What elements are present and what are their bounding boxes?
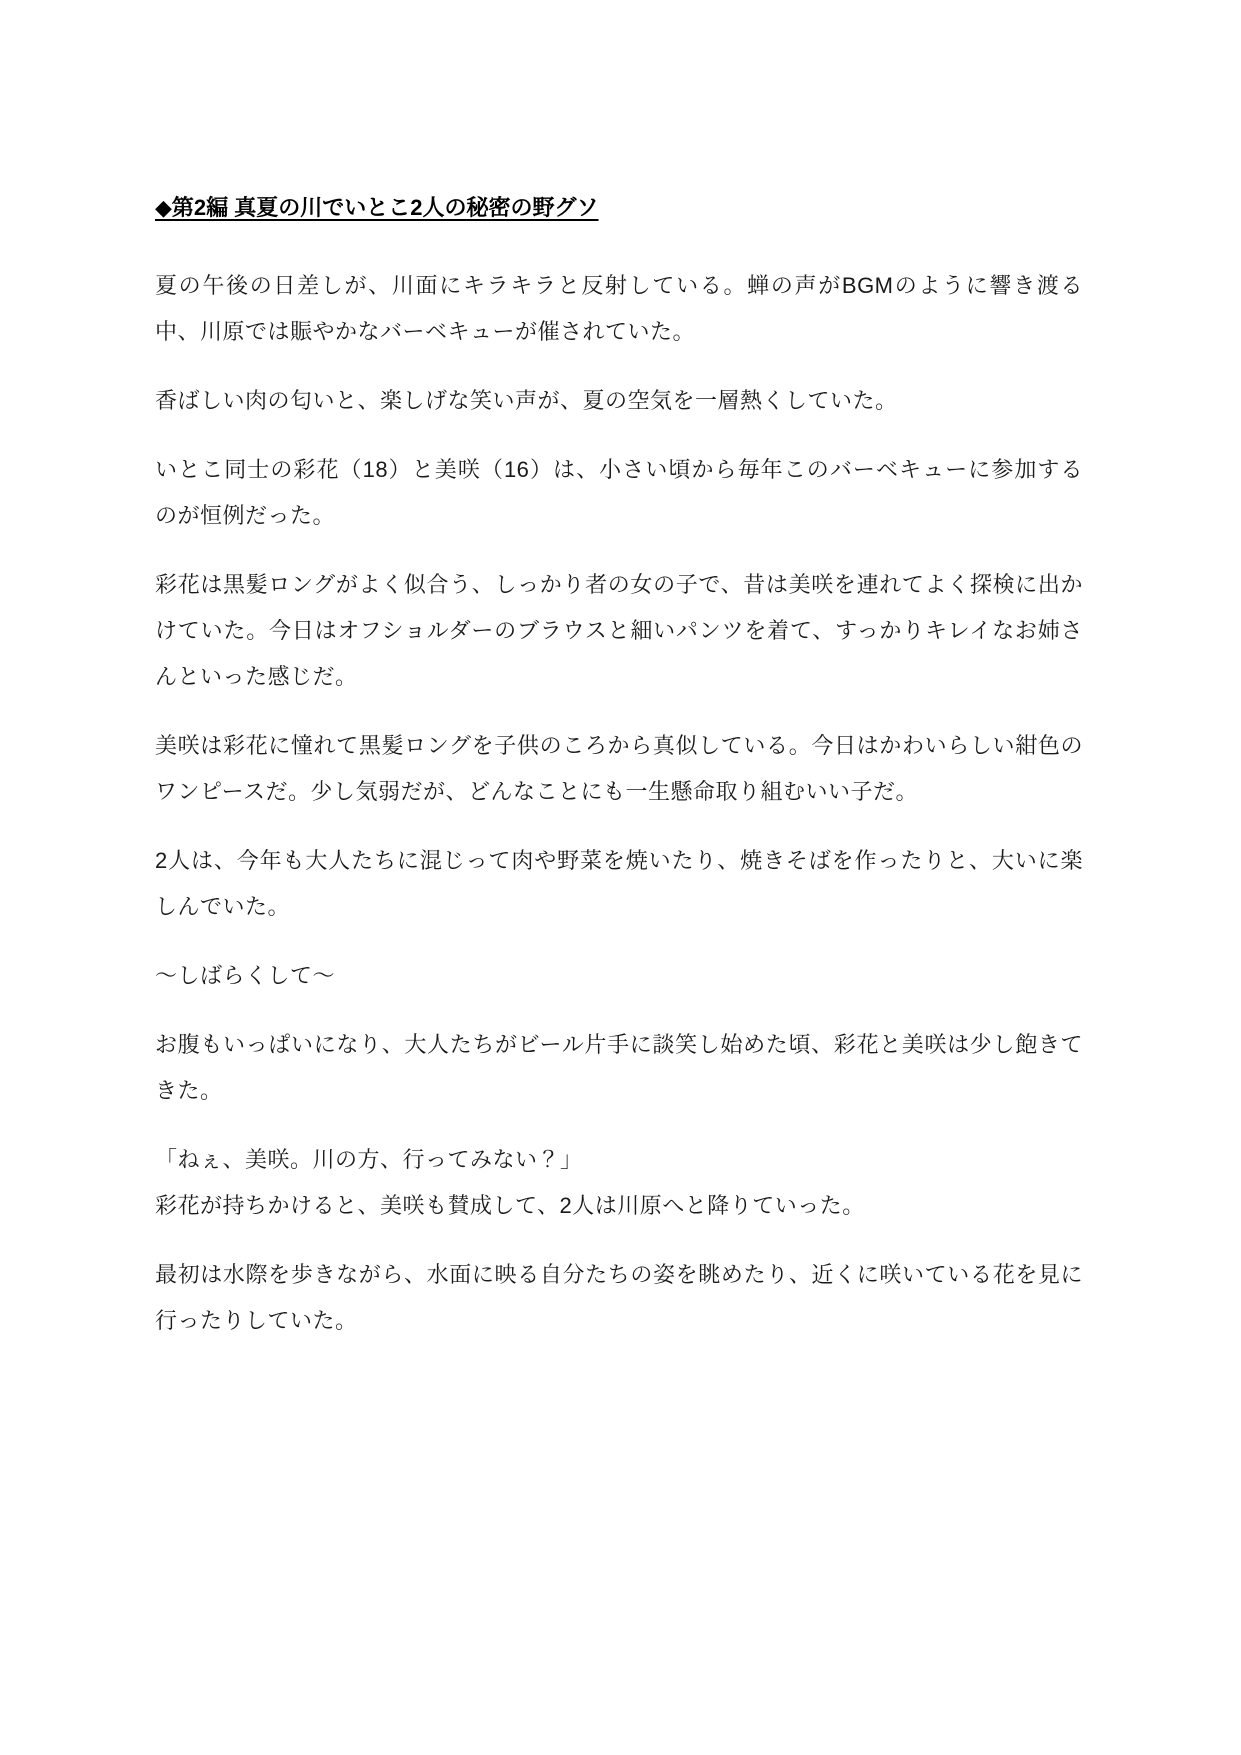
paragraph: 「ねぇ、美咲。川の方、行ってみない？」 彩花が持ちかけると、美咲も賛成して、2人…	[155, 1137, 1083, 1229]
document-page: ◆第2編 真夏の川でいとこ2人の秘密の野グソ 夏の午後の日差しが、川面にキラキラ…	[0, 0, 1241, 1755]
paragraph: 美咲は彩花に憧れて黒髪ロングを子供のころから真似している。今日はかわいらしい紺色…	[155, 723, 1083, 815]
paragraph: 2人は、今年も大人たちに混じって肉や野菜を焼いたり、焼きそばを作ったりと、大いに…	[155, 838, 1083, 930]
paragraph: お腹もいっぱいになり、大人たちがビール片手に談笑し始めた頃、彩花と美咲は少し飽き…	[155, 1022, 1083, 1114]
paragraph: 夏の午後の日差しが、川面にキラキラと反射している。蝉の声がBGMのように響き渡る…	[155, 263, 1083, 355]
paragraph: 彩花は黒髪ロングがよく似合う、しっかり者の女の子で、昔は美咲を連れてよく探検に出…	[155, 562, 1083, 700]
paragraph: 香ばしい肉の匂いと、楽しげな笑い声が、夏の空気を一層熱くしていた。	[155, 378, 1083, 424]
document-body: 夏の午後の日差しが、川面にキラキラと反射している。蝉の声がBGMのように響き渡る…	[155, 263, 1083, 1344]
paragraph: 最初は水際を歩きながら、水面に映る自分たちの姿を眺めたり、近くに咲いている花を見…	[155, 1252, 1083, 1344]
chapter-title: ◆第2編 真夏の川でいとこ2人の秘密の野グソ	[155, 193, 1083, 223]
paragraph: いとこ同士の彩花（18）と美咲（16）は、小さい頃から毎年このバーベキューに参加…	[155, 447, 1083, 539]
paragraph: ～しばらくして～	[155, 953, 1083, 999]
